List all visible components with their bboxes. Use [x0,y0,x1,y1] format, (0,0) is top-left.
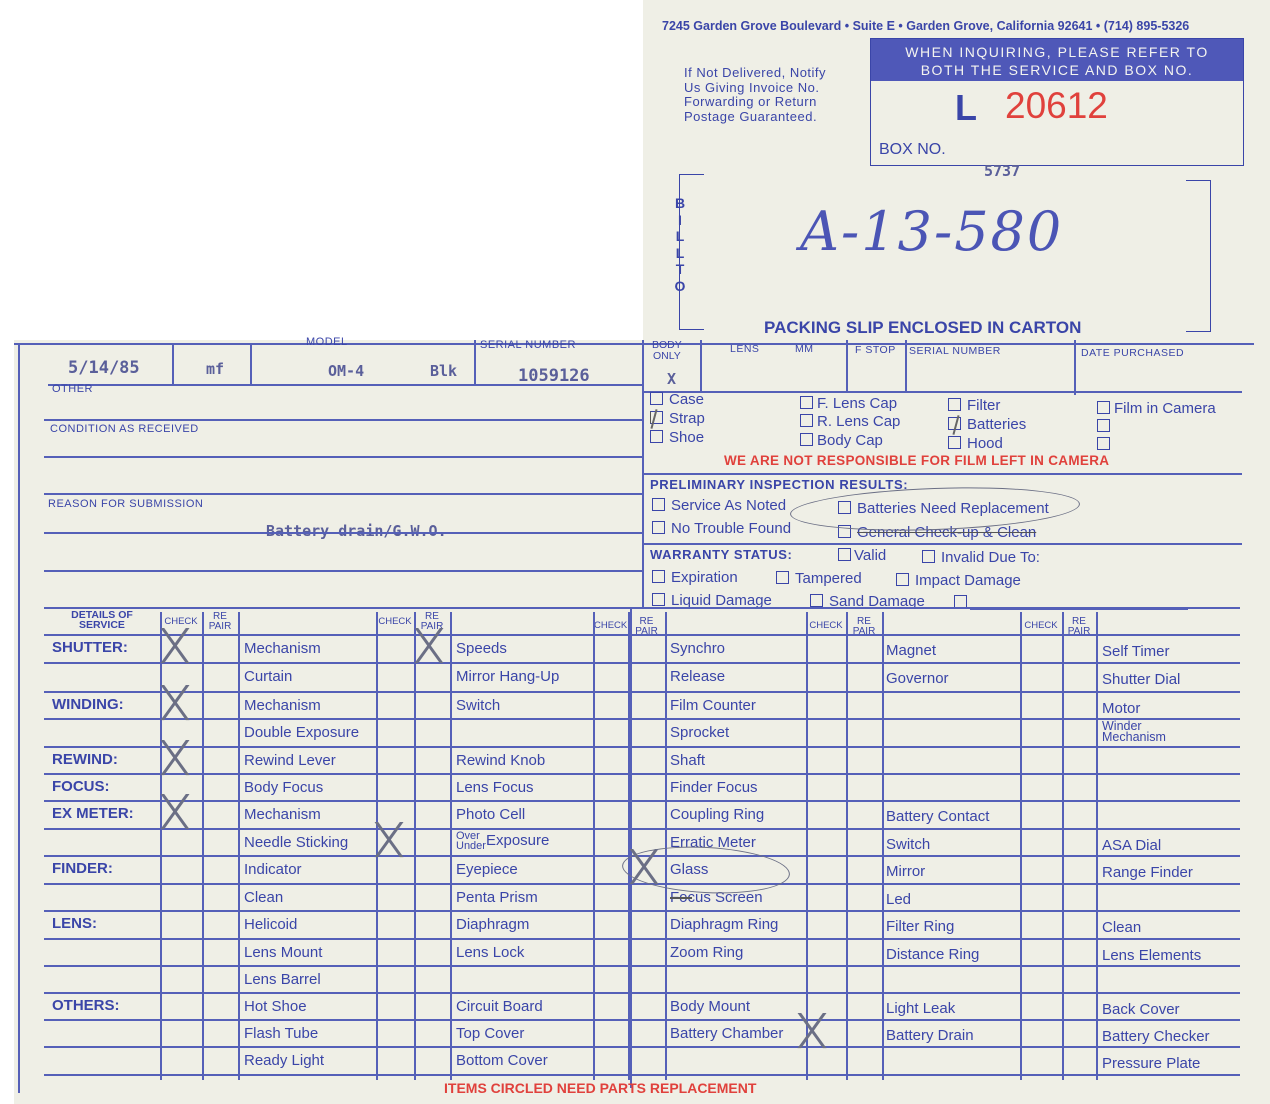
other-label: OTHER [52,383,93,395]
checkbox[interactable] [650,392,663,405]
inspection-label: Service As Noted [671,497,786,514]
box-no-value: 5737 [984,162,1020,180]
service-item[interactable]: Speeds [456,640,507,657]
accessory-label: Body Cap [817,432,883,449]
check-column-header: CHECK [594,621,627,631]
rule [846,612,848,1080]
service-item[interactable]: WinderMechanism [1102,721,1166,743]
check-column-header: CHECK [807,621,845,631]
model-label: MODEL [306,336,348,348]
accessory-label: F. Lens Cap [817,395,897,412]
warranty-valid[interactable]: Valid [838,547,886,564]
header-line: PAIR [202,622,238,632]
accessory-shoe[interactable]: Shoe [650,429,704,446]
service-item[interactable]: Switch [456,697,500,714]
accessory-filter[interactable]: Filter [948,397,1000,414]
x-mark-icon: ╳ [162,744,187,774]
inspection-no-trouble-found[interactable]: No Trouble Found [652,520,791,537]
service-item[interactable]: Sprocket [670,724,729,741]
rule [44,532,642,534]
service-item[interactable]: Eyepiece [456,861,518,878]
bill-to-bracket-right [1186,180,1211,332]
rule [238,612,240,1080]
accessory-f-lens-cap[interactable]: F. Lens Cap [800,395,897,412]
warranty-label: Valid [854,547,886,564]
color-value: Blk [430,362,457,380]
accessory-label: R. Lens Cap [817,413,900,430]
service-item[interactable]: Lens Lock [456,944,524,961]
service-item[interactable]: Mechanism [244,806,321,823]
accessory-r-lens-cap[interactable]: R. Lens Cap [800,413,900,430]
delivery-notice: If Not Delivered, Notify Us Giving Invoi… [684,66,826,124]
warranty-label: Impact Damage [915,572,1021,589]
warranty-tampered[interactable]: Tampered [776,570,862,587]
section-label: OTHERS: [52,997,120,1014]
checkbox[interactable] [652,593,665,606]
service-item[interactable]: Photo Cell [456,806,525,823]
checkbox[interactable] [652,570,665,583]
rule [44,1019,1240,1021]
reason-value: Battery drain/G.W.O. [266,522,447,540]
x-mark-icon: ╳ [162,689,187,719]
header-line: SERVICE [56,620,148,630]
accessory-hood[interactable]: Hood [948,435,1003,452]
details-of-service-header: DETAILS OFSERVICE [56,610,148,630]
checkbox[interactable] [810,594,823,607]
service-item[interactable]: Mirror Hang-Up [456,668,559,685]
service-item[interactable]: Motor [1102,700,1140,717]
rule [1074,340,1076,395]
strike-mark [670,897,692,899]
body-only-mark: X [667,370,676,388]
service-item[interactable]: Indicator [244,861,302,878]
delivery-notice-line: If Not Delivered, Notify [684,66,826,81]
warranty-expiration[interactable]: Expiration [652,569,738,586]
service-item[interactable]: Back Cover [1102,1001,1180,1018]
service-item[interactable]: Pressure Plate [1102,1055,1200,1072]
service-item[interactable]: OverUnderExposure [456,831,549,851]
service-item[interactable]: Curtain [244,668,292,685]
accessory-batteries[interactable]: Batteries [948,416,1026,433]
rule [44,773,1240,775]
camera-make: mf [206,360,224,378]
service-item[interactable]: Diaphragm Ring [670,916,778,933]
service-item[interactable]: ASA Dial [1102,837,1161,854]
rule [1096,612,1098,1080]
rule [44,965,1240,967]
service-item[interactable]: Ready Light [244,1052,324,1069]
rule [160,612,162,1080]
inspection-label: No Trouble Found [671,520,791,537]
checkbox[interactable] [1097,437,1110,450]
service-item[interactable]: Body Focus [244,779,323,796]
lens-label: LENS [730,343,759,355]
x-mark-icon: ╳ [376,826,401,856]
checkbox[interactable] [652,521,665,534]
accessory-blank-1[interactable] [1097,418,1116,435]
service-number-box: WHEN INQUIRING, PLEASE REFER TO BOTH THE… [870,38,1244,166]
rule [44,456,642,458]
service-number: 20612 [1005,85,1108,127]
lens-serial-label: SERIAL NUMBER [909,345,1001,357]
rule [44,662,1240,664]
checkbox[interactable] [1097,419,1110,432]
section-label: FINDER: [52,860,113,877]
model-value: OM-4 [328,362,364,380]
rule [882,612,884,1080]
service-item[interactable]: Release [670,668,725,685]
service-item[interactable]: Rewind Knob [456,752,545,769]
rule [806,612,808,1080]
service-item[interactable]: Needle Sticking [244,834,348,851]
service-item[interactable]: Rewind Lever [244,752,336,769]
accessory-label: Case [669,391,704,408]
service-item[interactable]: Mechanism [244,697,321,714]
rule [44,607,1240,609]
check-column-header: CHECK [377,617,413,627]
rule [1020,612,1022,1080]
film-notice: WE ARE NOT RESPONSIBLE FOR FILM LEFT IN … [724,453,1109,468]
rule [44,828,1240,830]
rule [202,612,204,1080]
rule [642,391,1242,393]
rule [14,343,1254,345]
warranty-label: Tampered [795,570,862,587]
service-item[interactable]: Lens Mount [244,944,322,961]
rule [18,343,20,1093]
rule [44,493,642,495]
service-item[interactable]: Range Finder [1102,864,1193,881]
warranty-title: WARRANTY STATUS: [650,547,792,562]
date-received: 5/14/85 [68,358,140,378]
service-item[interactable]: Clean [244,889,283,906]
rule [172,343,174,385]
accessory-blank-2[interactable] [1097,436,1116,453]
rule [642,543,1242,545]
x-mark-icon: ╳ [799,1017,824,1047]
rule [414,612,416,1080]
service-item[interactable]: Mirror [886,863,925,880]
date-purchased-label: DATE PURCHASED [1081,347,1184,359]
delivery-notice-line: Us Giving Invoice No. [684,81,826,96]
rule [630,608,632,1088]
service-item[interactable]: Battery Contact [886,808,989,825]
checkbox[interactable] [800,433,813,446]
service-item[interactable]: Battery Checker [1102,1028,1210,1045]
service-item[interactable]: Battery Chamber [670,1025,783,1042]
rule [44,910,1240,912]
body-only-label: BODY ONLY [652,340,682,362]
service-item[interactable]: Synchro [670,640,725,657]
delivery-notice-line: Forwarding or Return [684,95,826,110]
inspection-service-as-noted[interactable]: Service As Noted [652,497,786,514]
body-only-label-2: ONLY [652,351,682,362]
service-item[interactable]: Penta Prism [456,889,538,906]
service-item[interactable]: Led [886,891,911,908]
rule [44,938,1240,940]
service-item[interactable]: Light Leak [886,1000,955,1017]
rule [450,612,452,1080]
service-item[interactable]: Distance Ring [886,946,979,963]
service-item[interactable]: Shaft [670,752,705,769]
warranty-label: Expiration [671,569,738,586]
x-mark-icon: ╳ [162,632,187,662]
accessory-label: Shoe [669,429,704,446]
section-label: LENS: [52,915,97,932]
checkbox[interactable] [1097,401,1110,414]
bill-to-letter: T [674,261,686,278]
accessory-label: Hood [967,435,1003,452]
section-label: EX METER: [52,805,134,822]
checkbox[interactable] [896,573,909,586]
warranty-invalid[interactable]: Invalid Due To: [922,549,1040,566]
rule [44,746,1240,748]
accessory-label: Filter [967,397,1000,414]
inquiry-banner: WHEN INQUIRING, PLEASE REFER TO BOTH THE… [871,39,1243,81]
inquiry-banner-line1: WHEN INQUIRING, PLEASE REFER TO [871,43,1243,61]
service-item[interactable]: Self Timer [1102,643,1170,660]
rule [44,419,642,421]
service-item[interactable]: Magnet [886,642,936,659]
service-item[interactable]: Circuit Board [456,998,543,1015]
checkbox[interactable] [922,550,935,563]
checkbox[interactable] [948,436,961,449]
checkbox[interactable] [650,430,663,443]
rule [905,340,907,392]
accessory-body-cap[interactable]: Body Cap [800,432,883,449]
bill-to-letter: L [674,228,686,245]
accessory-film-in-camera[interactable]: Film in Camera [1097,400,1216,417]
bill-to-letter: I [674,212,686,229]
warranty-label: Invalid Due To: [941,549,1040,566]
rule [700,340,702,392]
section-label: REWIND: [52,751,118,768]
service-item[interactable]: Top Cover [456,1025,524,1042]
service-item[interactable]: Diaphragm [456,916,529,933]
rule [44,691,1240,693]
company-address: 7245 Garden Grove Boulevard • Suite E • … [662,19,1189,33]
rule [44,800,1240,802]
service-item[interactable]: Coupling Ring [670,806,764,823]
service-prefix: L [955,87,977,129]
serial-number-label: SERIAL NUMBER [480,339,576,351]
check-column-header: CHECK [1021,621,1061,631]
service-item[interactable]: Double Exposure [244,724,359,741]
reason-label: REASON FOR SUBMISSION [48,498,203,510]
bill-to-letter: L [674,245,686,262]
rule [44,992,1240,994]
section-label: FOCUS: [52,778,110,795]
serial-number-value: 1059126 [518,366,590,386]
rule [846,340,848,392]
rule [1062,612,1064,1080]
x-mark-icon: ╳ [416,632,441,662]
mm-label: MM [795,343,814,355]
service-item[interactable]: Zoom Ring [670,944,743,961]
service-item[interactable]: Shutter Dial [1102,671,1180,688]
section-label: WINDING: [52,696,124,713]
bill-to-letter: B [674,195,686,212]
service-item[interactable]: Lens Barrel [244,971,321,988]
service-item[interactable]: Bottom Cover [456,1052,548,1069]
rule [642,473,1242,475]
x-mark-icon: ╳ [162,798,187,828]
service-item[interactable]: Filter Ring [886,918,954,935]
rule [665,612,667,1080]
service-item[interactable]: Clean [1102,919,1141,936]
checkbox[interactable] [652,498,665,511]
service-item[interactable]: Governor [886,670,949,687]
fstop-label: F STOP [855,344,896,356]
delivery-notice-line: Postage Guaranteed. [684,110,826,125]
checkbox[interactable] [776,571,789,584]
rule [44,1046,1240,1048]
service-item[interactable]: Lens Focus [456,779,534,796]
service-item[interactable]: Mechanism [244,640,321,657]
accessory-label: Film in Camera [1114,400,1216,417]
accessory-strap[interactable]: Strap [650,410,705,427]
service-item[interactable]: Battery Drain [886,1027,974,1044]
checkbox[interactable] [800,396,813,409]
service-item[interactable]: Finder Focus [670,779,758,796]
bill-to-letter: O [674,278,686,295]
warranty-impact-damage[interactable]: Impact Damage [896,572,1021,589]
rule [250,343,252,385]
repair-column-header: REPAIR [202,612,238,632]
parts-replacement-notice: ITEMS CIRCLED NEED PARTS REPLACEMENT [444,1080,756,1096]
inquiry-banner-line2: BOTH THE SERVICE AND BOX NO. [871,61,1243,79]
checkbox[interactable] [948,398,961,411]
accessory-case[interactable]: Case [650,391,704,408]
accessory-label: Batteries [967,416,1026,433]
packing-slip-notice: PACKING SLIP ENCLOSED IN CARTON [764,318,1081,338]
bill-to-handwritten: A-13-580 [800,200,1063,263]
section-label: SHUTTER: [52,639,128,656]
rule [44,718,1240,720]
accessory-label: Strap [669,410,705,427]
service-item[interactable]: Film Counter [670,697,756,714]
box-no-label: BOX NO. [879,141,946,159]
rule [44,570,642,572]
condition-label: CONDITION AS RECEIVED [50,423,199,435]
service-item[interactable]: Helicoid [244,916,297,933]
rule [474,340,476,385]
service-item[interactable]: Body Mount [670,998,750,1015]
inspection-title: PRELIMINARY INSPECTION RESULTS: [650,477,908,492]
service-item[interactable]: Switch [886,836,930,853]
service-item[interactable]: Flash Tube [244,1025,318,1042]
service-item[interactable]: Lens Elements [1102,947,1201,964]
rule [593,612,595,1080]
rule [44,634,1240,636]
bill-to-label: B I L L T O [674,195,686,294]
checkbox[interactable] [800,414,813,427]
check-column-header: CHECK [161,617,201,627]
service-item[interactable]: Hot Shoe [244,998,307,1015]
rule [44,1074,1240,1076]
checkbox-checked[interactable] [838,548,851,561]
